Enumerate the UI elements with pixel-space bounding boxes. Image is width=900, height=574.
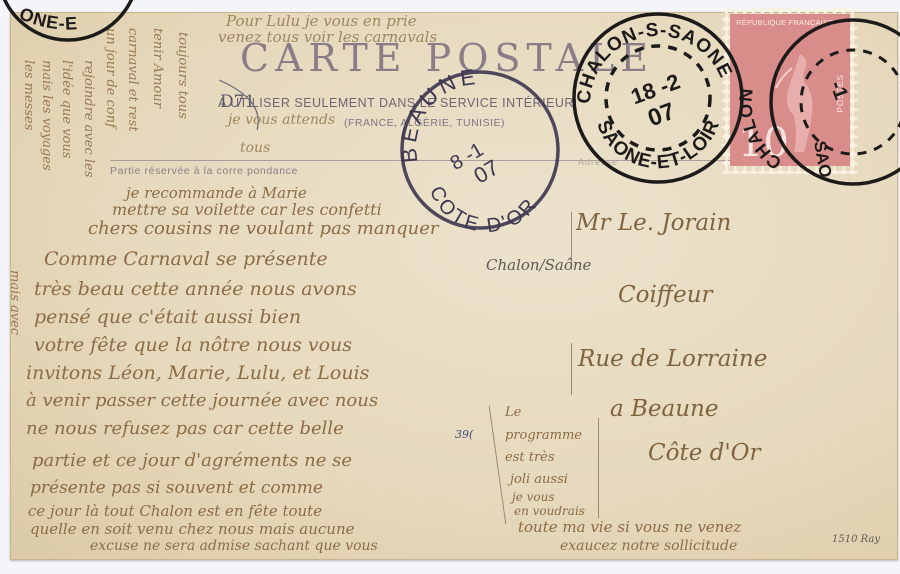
message-line: invitons Léon, Marie, Lulu, et Louis xyxy=(26,362,369,384)
message-line: ne nous refusez pas car cette belle xyxy=(26,418,344,439)
postmark-chalon: CHALON-S-SAONE SAONE-ET-LOIRE 18 -2 07 xyxy=(568,10,748,190)
archive-ref-mid: 39( xyxy=(455,428,473,441)
message-line: mettre sa voilette car les confetti xyxy=(112,200,382,219)
margin-vertical-line: rejoindre avec les xyxy=(81,60,96,177)
message-line: présente pas si souvent et comme xyxy=(30,478,323,498)
message-line: à venir passer cette journée avec nous xyxy=(26,390,378,411)
address-line-recipient: Mr Le. Jorain xyxy=(576,210,731,236)
closing-line: exaucez notre sollicitude xyxy=(560,538,737,554)
address-line-occupation: Coiffeur xyxy=(618,282,713,308)
message-line: chers cousins ne voulant pas manquer xyxy=(88,218,439,239)
side-column-line: est très xyxy=(505,450,555,465)
vertical-divider xyxy=(571,343,572,395)
message-section-label: Partie réservée à la corre pondance xyxy=(110,165,298,177)
postmark-beaune-bottom: COTE D'OR xyxy=(425,183,543,238)
message-line: partie et ce jour d'agréments ne se xyxy=(32,450,352,471)
margin-vertical-line: toujours tous xyxy=(175,32,190,119)
message-line: votre fête que la nôtre nous vous xyxy=(34,334,352,356)
message-line: Comme Carnaval se présente xyxy=(44,248,328,270)
side-column-line: programme xyxy=(505,428,582,443)
message-top-line: tous xyxy=(240,140,270,156)
svg-text:COTE D'OR: COTE D'OR xyxy=(425,183,543,238)
side-column-line: je vous xyxy=(512,490,555,504)
message-line: très beau cette année nous avons xyxy=(34,278,357,300)
postmark-stamp-cancel: CHALON -1 SAO xyxy=(758,14,900,184)
postmark-stamp-date: -1 xyxy=(825,78,852,102)
message-line: ce jour là tout Chalon est en fête toute xyxy=(28,502,322,520)
address-line-city: a Beaune xyxy=(610,396,719,422)
message-line: pensé que c'était aussi bien xyxy=(34,306,301,328)
side-column-line: toute ma vie si vous ne venez xyxy=(518,518,741,536)
message-line: excuse ne sera admise sachant que vous xyxy=(90,538,378,554)
postmark-corner-text: ONE-E xyxy=(17,3,79,33)
margin-vertical-line: les messes xyxy=(21,60,36,130)
svg-text:ONE-E: ONE-E xyxy=(17,3,79,33)
side-column-line: Le xyxy=(505,405,521,420)
message-top-line: venez tous voir les carnavals xyxy=(218,28,437,46)
pencil-note: Chalon/Saône xyxy=(486,256,591,274)
archive-ref-bottom: 1510 Ray xyxy=(832,534,880,545)
archive-ref-circle xyxy=(205,70,275,140)
side-column-line: joli aussi xyxy=(510,472,568,487)
side-column-line: en voudrais xyxy=(514,504,585,518)
message-line: quelle en soit venu chez nous mais aucun… xyxy=(30,520,355,538)
address-line-street: Rue de Lorraine xyxy=(578,346,767,372)
margin-vertical-line: tenir Amour xyxy=(150,28,165,108)
margin-vertical-line: mais avec xyxy=(7,270,22,335)
postmark-beaune: BEAUNE COTE D'OR 8 -1 07 xyxy=(390,62,570,242)
vertical-divider xyxy=(598,418,599,518)
margin-vertical-line: l'idée que vous xyxy=(59,60,74,158)
address-line-region: Côte d'Or xyxy=(648,440,761,466)
message-top-line: je vous attends xyxy=(228,112,335,128)
postmark-corner-fragment: ONE-E xyxy=(0,0,140,50)
margin-vertical-line: mais les voyages xyxy=(39,60,54,171)
